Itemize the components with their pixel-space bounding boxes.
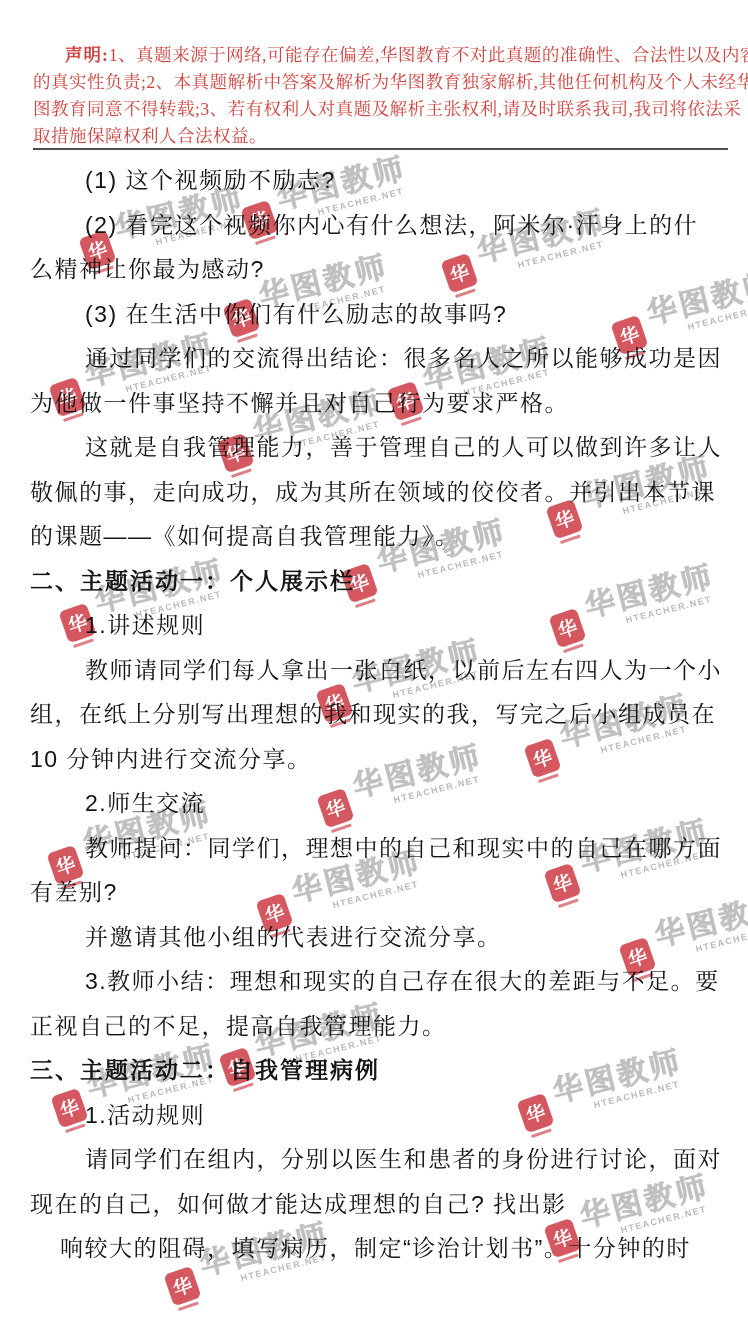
text-line: 有差别?: [30, 870, 732, 915]
text-line: 这就是自我管理能力，善于管理自己的人可以做到许多让人: [30, 425, 732, 470]
text-line: 为他做一件事坚持不懈并且对自己行为要求严格。: [30, 381, 732, 426]
text-line: (3) 在生活中你们有什么励志的故事吗?: [30, 292, 732, 337]
section-heading: 二、主题活动一：个人展示栏: [30, 559, 732, 604]
text-line: 响较大的阻碍，填写病历，制定“诊治计划书”。十分钟的时: [30, 1226, 732, 1271]
text-line: 组，在纸上分别写出理想的我和现实的我，写完之后小组成员在: [30, 692, 732, 737]
text-line: 并邀请其他小组的代表进行交流分享。: [30, 915, 732, 960]
text-line: 3.教师小结：理想和现实的自己存在很大的差距与不足。要: [30, 959, 732, 1004]
document-body: (1) 这个视频励不励志?(2) 看完这个视频你内心有什么想法，阿米尔·汗身上的…: [30, 158, 732, 1271]
disclaimer-line: 取措施保障权利人合法权益。: [33, 123, 728, 150]
text-line: 教师提问：同学们，理想中的自己和现实中的自己在哪方面: [30, 826, 732, 871]
text-line: 通过同学们的交流得出结论：很多名人之所以能够成功是因: [30, 336, 732, 381]
divider: [33, 148, 728, 150]
text-line: 2.师生交流: [30, 781, 732, 826]
text-line: 10 分钟内进行交流分享。: [30, 737, 732, 782]
text-line: 么精神让你最为感动?: [30, 247, 732, 292]
section-heading: 三、主题活动二：自我管理病例: [30, 1048, 732, 1093]
text-line: 1.讲述规则: [30, 603, 732, 648]
disclaimer-line: 图教育同意不得转载;3、若有权利人对真题及解析主张权利,请及时联系我司,我司将依…: [33, 96, 728, 123]
text-line: 的课题——《如何提高自我管理能力》。: [30, 514, 732, 559]
text-line: 请同学们在组内，分别以医生和患者的身份进行讨论，面对: [30, 1137, 732, 1182]
huatu-logo-icon: 华: [163, 1266, 201, 1307]
text-line: 敬佩的事，走向成功，成为其所在领域的佼佼者。并引出本节课: [30, 470, 732, 515]
disclaimer-line: 声明:1、真题来源于网络,可能存在偏差,华图教育不对此真题的准确性、合法性以及内…: [33, 42, 728, 69]
disclaimer-line: 的真实性负责;2、本真题解析中答案及解析为华图教育独家解析,其他任何机构及个人未…: [33, 69, 728, 96]
text-line: 教师请同学们每人拿出一张白纸，以前后左右四人为一个小: [30, 648, 732, 693]
text-line: 正视自己的不足，提高自我管理能力。: [30, 1004, 732, 1049]
text-line: (2) 看完这个视频你内心有什么想法，阿米尔·汗身上的什: [30, 203, 732, 248]
text-line: (1) 这个视频励不励志?: [30, 158, 732, 203]
document-page: 华华图教师HTEACHER.NET华华图教师HTEACHER.NET华华图教师H…: [0, 0, 748, 1335]
disclaimer-label: 声明:: [65, 45, 109, 65]
disclaimer: 声明:1、真题来源于网络,可能存在偏差,华图教育不对此真题的准确性、合法性以及内…: [33, 42, 728, 150]
text-line: 1.活动规则: [30, 1093, 732, 1138]
text-line: 现在的自己，如何做才能达成理想的自己? 找出影: [30, 1182, 732, 1227]
